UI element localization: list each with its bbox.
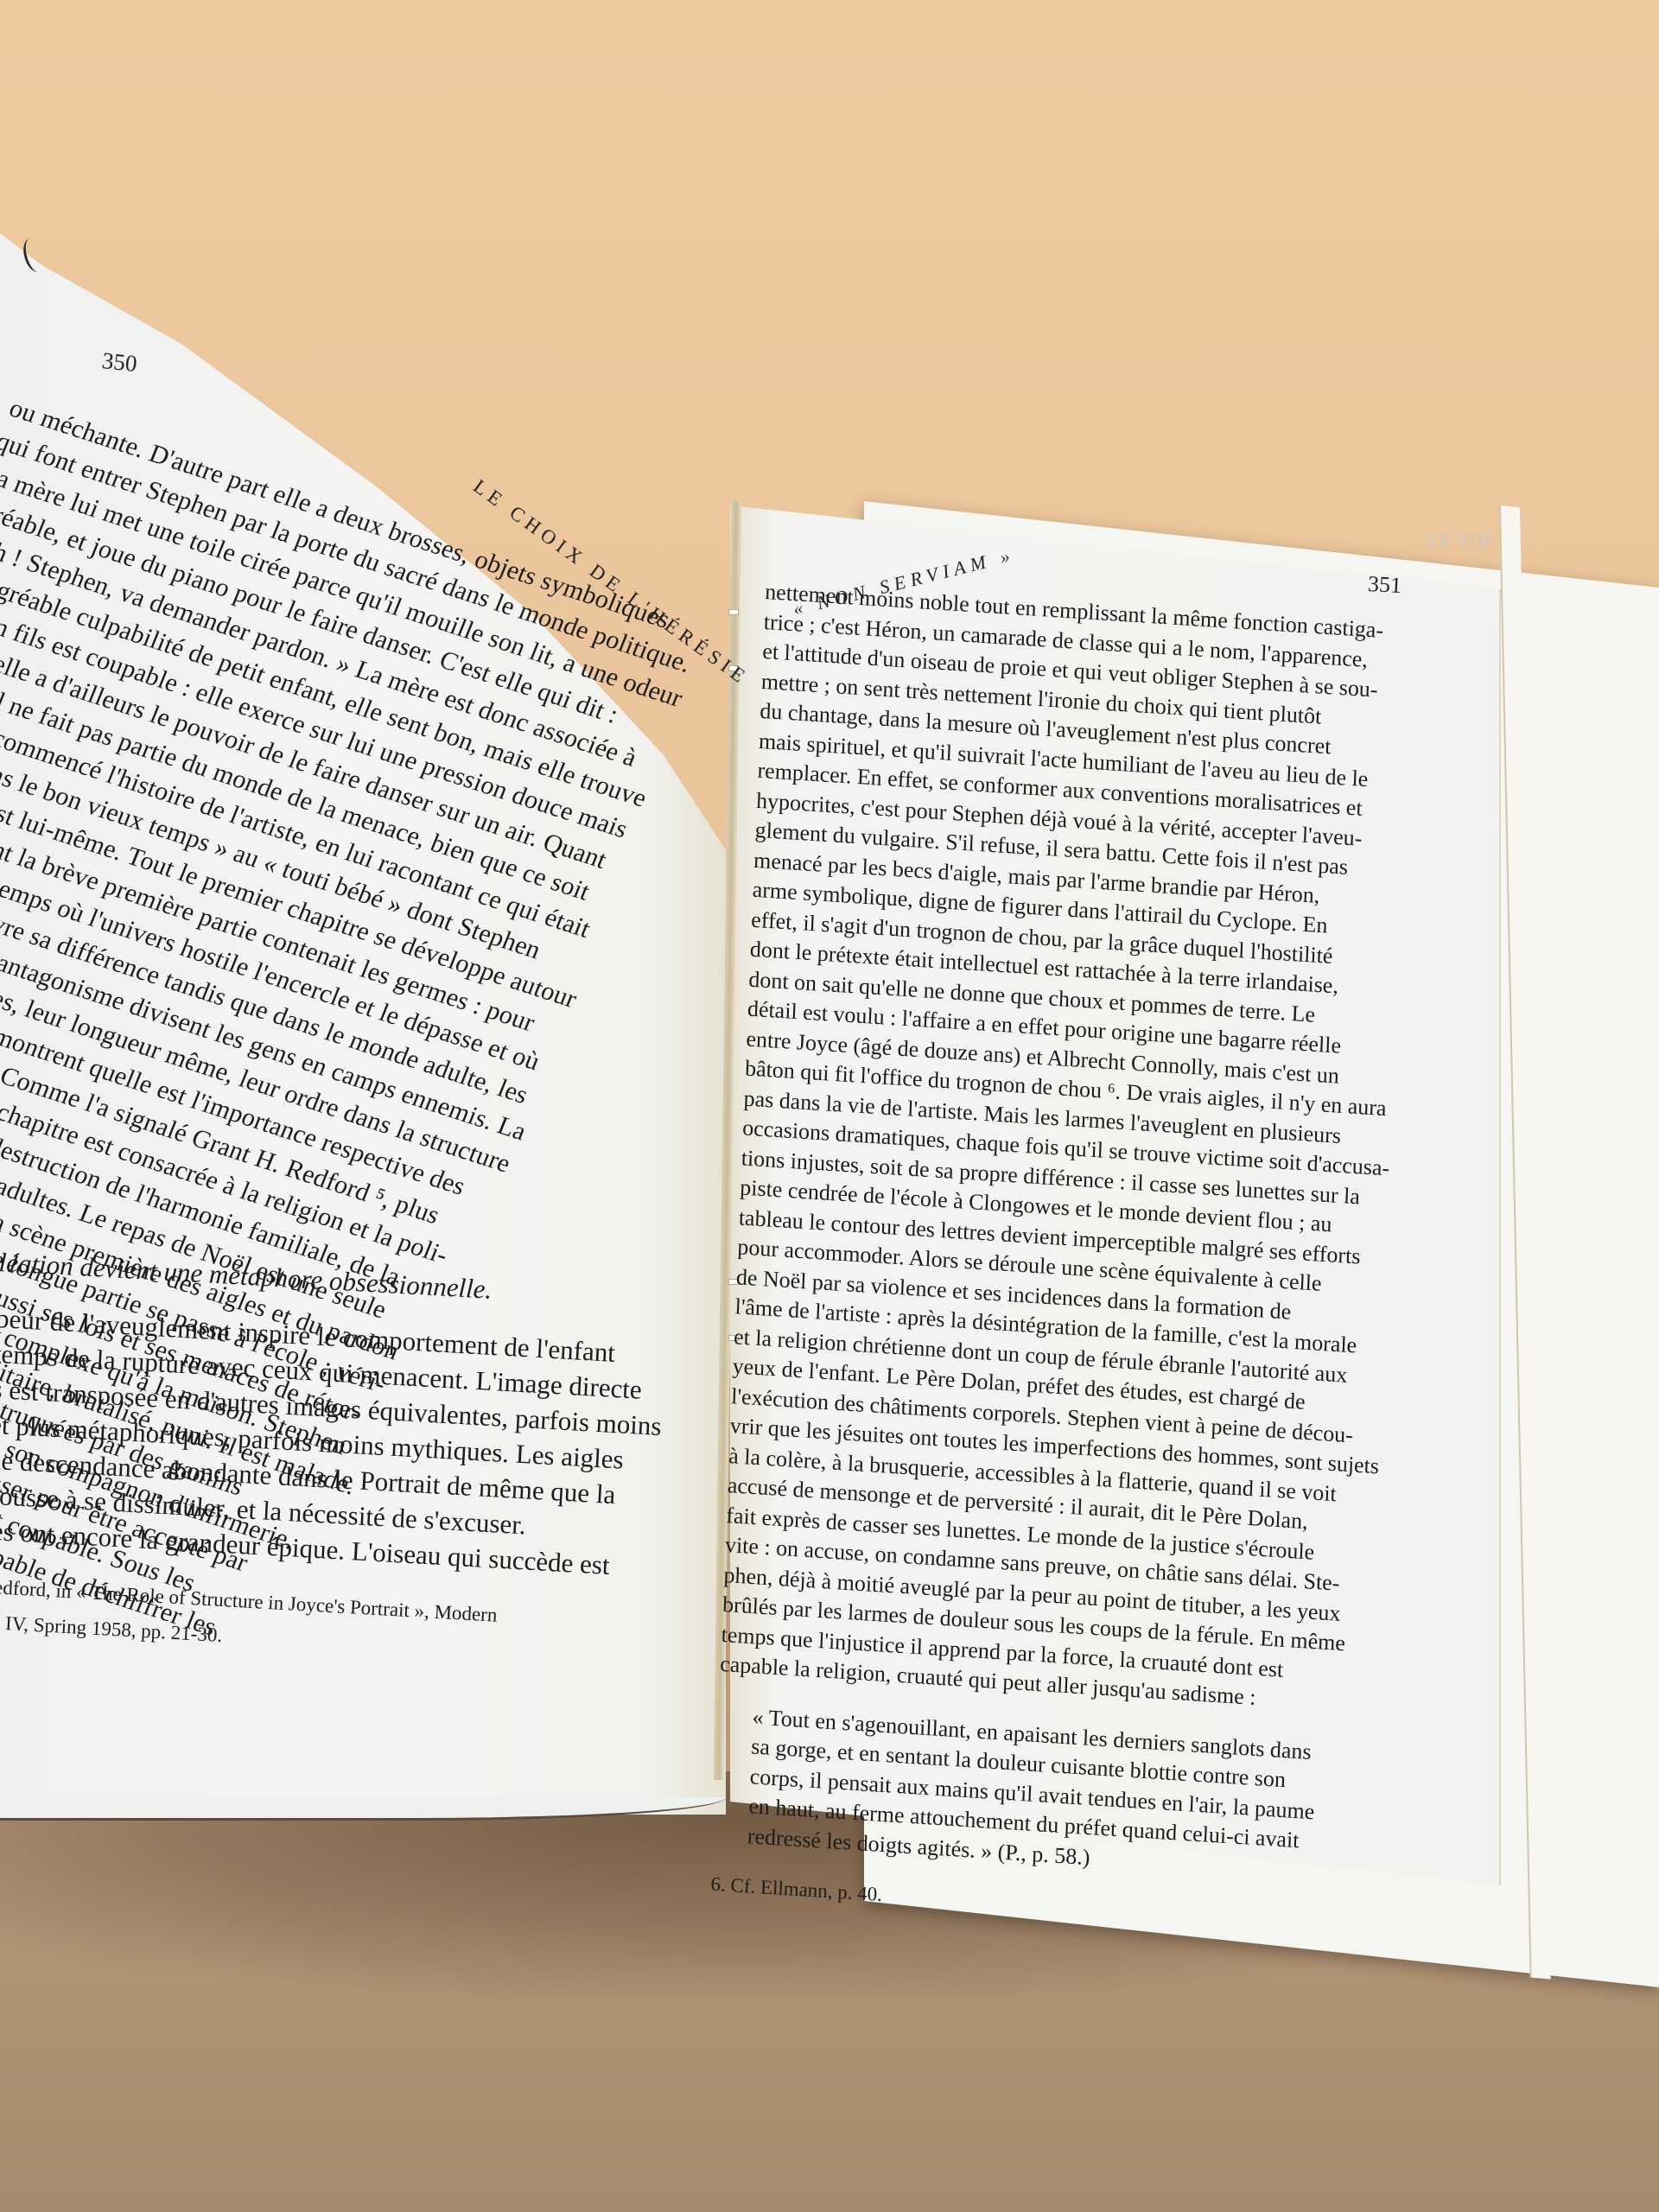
show-through-running-head: LE CH (1426, 529, 1493, 551)
page-number-left: 350 (100, 347, 138, 378)
binding-stitch (728, 609, 739, 615)
page-number-right: 351 (1367, 571, 1402, 599)
photo-scene: 350 LE CHOIX DE L'HÉRÉSIE ou méchante. D… (0, 0, 1659, 2212)
left-page-lower-body: léation devient une métaphore obsessionn… (0, 1244, 670, 1677)
right-page-body: nettement moins noble tout en remplissan… (710, 577, 1508, 1946)
